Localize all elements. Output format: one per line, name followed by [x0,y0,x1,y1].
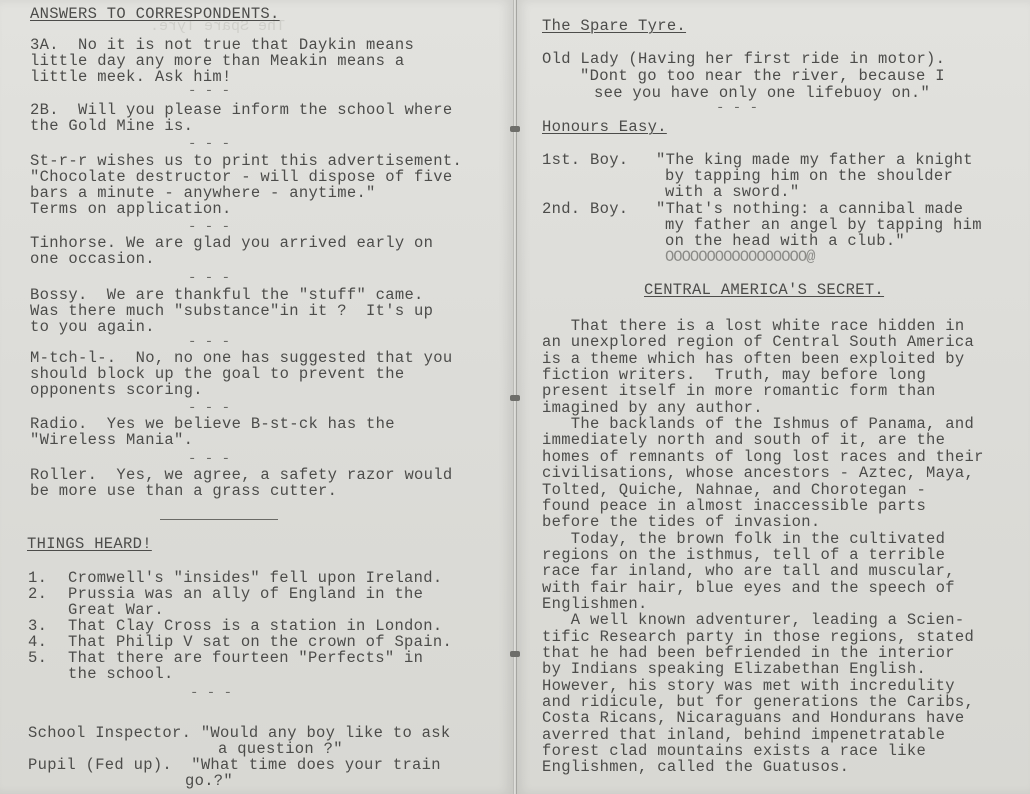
article-line: homes of remnants of long lost races and… [542,449,984,465]
list-item: Cromwell's "insides" fell upon Ireland. [68,570,442,586]
spare-tyre-line-2: "Dont go too near the river, because I [580,68,945,84]
separator: - - - [716,100,758,116]
article-line: Costa Ricans, Nicaraguans and Hondurans … [542,710,964,726]
article-line: However, his story was met with incredul… [542,678,955,694]
article-line: averred that inland, behind impenetratab… [542,727,945,743]
separator: - - - [188,400,230,416]
answer-line: 2B. Will you please inform the school wh… [30,102,452,118]
joke-line-1: School Inspector. "Would any boy like to… [28,725,450,741]
speech-2-line-1: "That's nothing: a cannibal made [656,201,963,217]
answer-line: "Wireless Mania". [30,432,193,448]
answer-line: Was there much "substance"in it ? It's u… [30,303,433,319]
answers-heading: ANSWERS TO CORRESPONDENTS. [30,6,280,22]
left-page: The Spare Tyre. ANSWERS TO CORRESPONDENT… [0,0,514,794]
article-line: is a theme which has often been exploite… [542,351,964,367]
answer-line: Terms on application. [30,201,232,217]
separator: - - - [188,270,230,286]
item-number: 3. [28,618,47,634]
speech-1-line-2: by tapping him on the shoulder [665,168,953,184]
article-line: Today, the brown folk in the cultivated [542,531,945,547]
answer-line: 3A. No it is not true that Daykin means [30,37,414,53]
separator: - - - [188,334,230,350]
article-line: imagined by any author. [542,400,763,416]
list-item: That there are fourteen "Perfects" in [68,650,423,666]
list-item: That Philip V sat on the crown of Spain. [68,634,452,650]
things-heard-heading: THINGS HEARD! [27,536,152,552]
article-line: by Indians speaking Elizabethan English. [542,661,926,677]
article-line: before the tides of invasion. [542,514,820,530]
answer-line: to you again. [30,319,155,335]
item-number: 2. [28,586,47,602]
spare-tyre-line-3: see you have only one lifebuoy on." [594,85,930,101]
section-rule [160,519,278,520]
speech-1-line-1: "The king made my father a knight [656,152,973,168]
item-number: 4. [28,634,47,650]
answer-line: Tinhorse. We are glad you arrived early … [30,235,433,251]
article-line: civilisations, whose ancestors - Aztec, … [542,465,974,481]
article-line: Englishmen. [542,596,648,612]
answer-line: little day any more than Meakin means a [30,53,404,69]
article-line: fiction writers. Truth, may before long [542,367,926,383]
list-item: That Clay Cross is a station in London. [68,618,442,634]
right-page: The Spare Tyre. Old Lady (Having her fir… [514,0,1030,794]
honours-easy-heading: Honours Easy. [542,119,667,135]
joke-line-3: Pupil (Fed up). "What time does your tra… [28,757,441,773]
answer-line: the Gold Mine is. [30,118,193,134]
article-line: immediately north and south of it, are t… [542,432,945,448]
spare-tyre-line-1: Old Lady (Having her first ride in motor… [542,51,945,67]
article-line: tific Research party in those regions, s… [542,629,974,645]
spare-tyre-heading: The Spare Tyre. [542,18,686,34]
answer-line: Radio. Yes we believe B-st-ck has the [30,416,395,432]
article-line: Tolted, Quiche, Nahnae, and Chorotegan - [542,482,926,498]
item-number: 1. [28,570,47,586]
separator: - - - [188,136,230,152]
separator: - - - [188,451,230,467]
item-number: 5. [28,650,47,666]
speaker-2: 2nd. Boy. [542,201,628,217]
speaker-1: 1st. Boy. [542,152,628,168]
speech-1-line-3: with a sword." [665,184,799,200]
answer-line: bars a minute - anywhere - anytime." [30,185,376,201]
article-line: Englishmen, called the Guatusos. [542,759,849,775]
staple-middle [510,395,520,401]
speech-2-line-2: my father an angel by tapping him [665,217,982,233]
article-line: That there is a lost white race hidden i… [542,318,964,334]
article-line: found peace in almost inaccessible parts [542,498,926,514]
answer-line: Roller. Yes, we agree, a safety razor wo… [30,467,452,483]
article-line: regions on the isthmus, tell of a terrib… [542,547,945,563]
answer-line: one occasion. [30,251,155,267]
article-line: an unexplored region of Central South Am… [542,334,974,350]
joke-line-4: go.?" [185,773,233,789]
article-heading: CENTRAL AMERICA'S SECRET. [644,282,884,298]
article-line: with fair hair, blue eyes and the speech… [542,580,955,596]
answer-line: be more use than a grass cutter. [30,483,337,499]
joke-line-2: a question ?" [218,741,343,757]
separator: - - - [188,83,230,99]
article-line: forest clad mountains exists a race like [542,743,926,759]
separator: - - - [190,685,232,701]
list-item: Great War. [68,602,164,618]
staple-top [510,126,520,132]
answer-line: St-r-r wishes us to print this advertise… [30,153,462,169]
article-line: that he had been befriended in the inter… [542,645,955,661]
list-item: the school. [68,666,174,682]
answer-line: opponents scoring. [30,382,203,398]
speech-2-line-3: on the head with a club." [665,233,905,249]
list-item: Prussia was an ally of England in the [68,586,423,602]
answer-line: should block up the goal to prevent the [30,366,404,382]
article-line: and ridicule, but for generations the Ca… [542,694,974,710]
article-line: The backlands of the Ishmus of Panama, a… [542,416,974,432]
answer-line: Bossy. We are thankful the "stuff" came. [30,287,424,303]
answer-line: M-tch-l-. No, no one has suggested that … [30,350,452,366]
article-line: A well known adventurer, leading a Scien… [542,612,964,628]
answer-line: "Chocolate destructor - will dispose of … [30,169,452,185]
article-line: race far inland, who are tall and muscul… [542,563,955,579]
article-line: present itself in more romantic form tha… [542,383,936,399]
separator: - - - [188,219,230,235]
ornament-divider: OOOOOOOOOOOOOOOOO@ [665,249,814,265]
staple-bottom [510,651,520,657]
